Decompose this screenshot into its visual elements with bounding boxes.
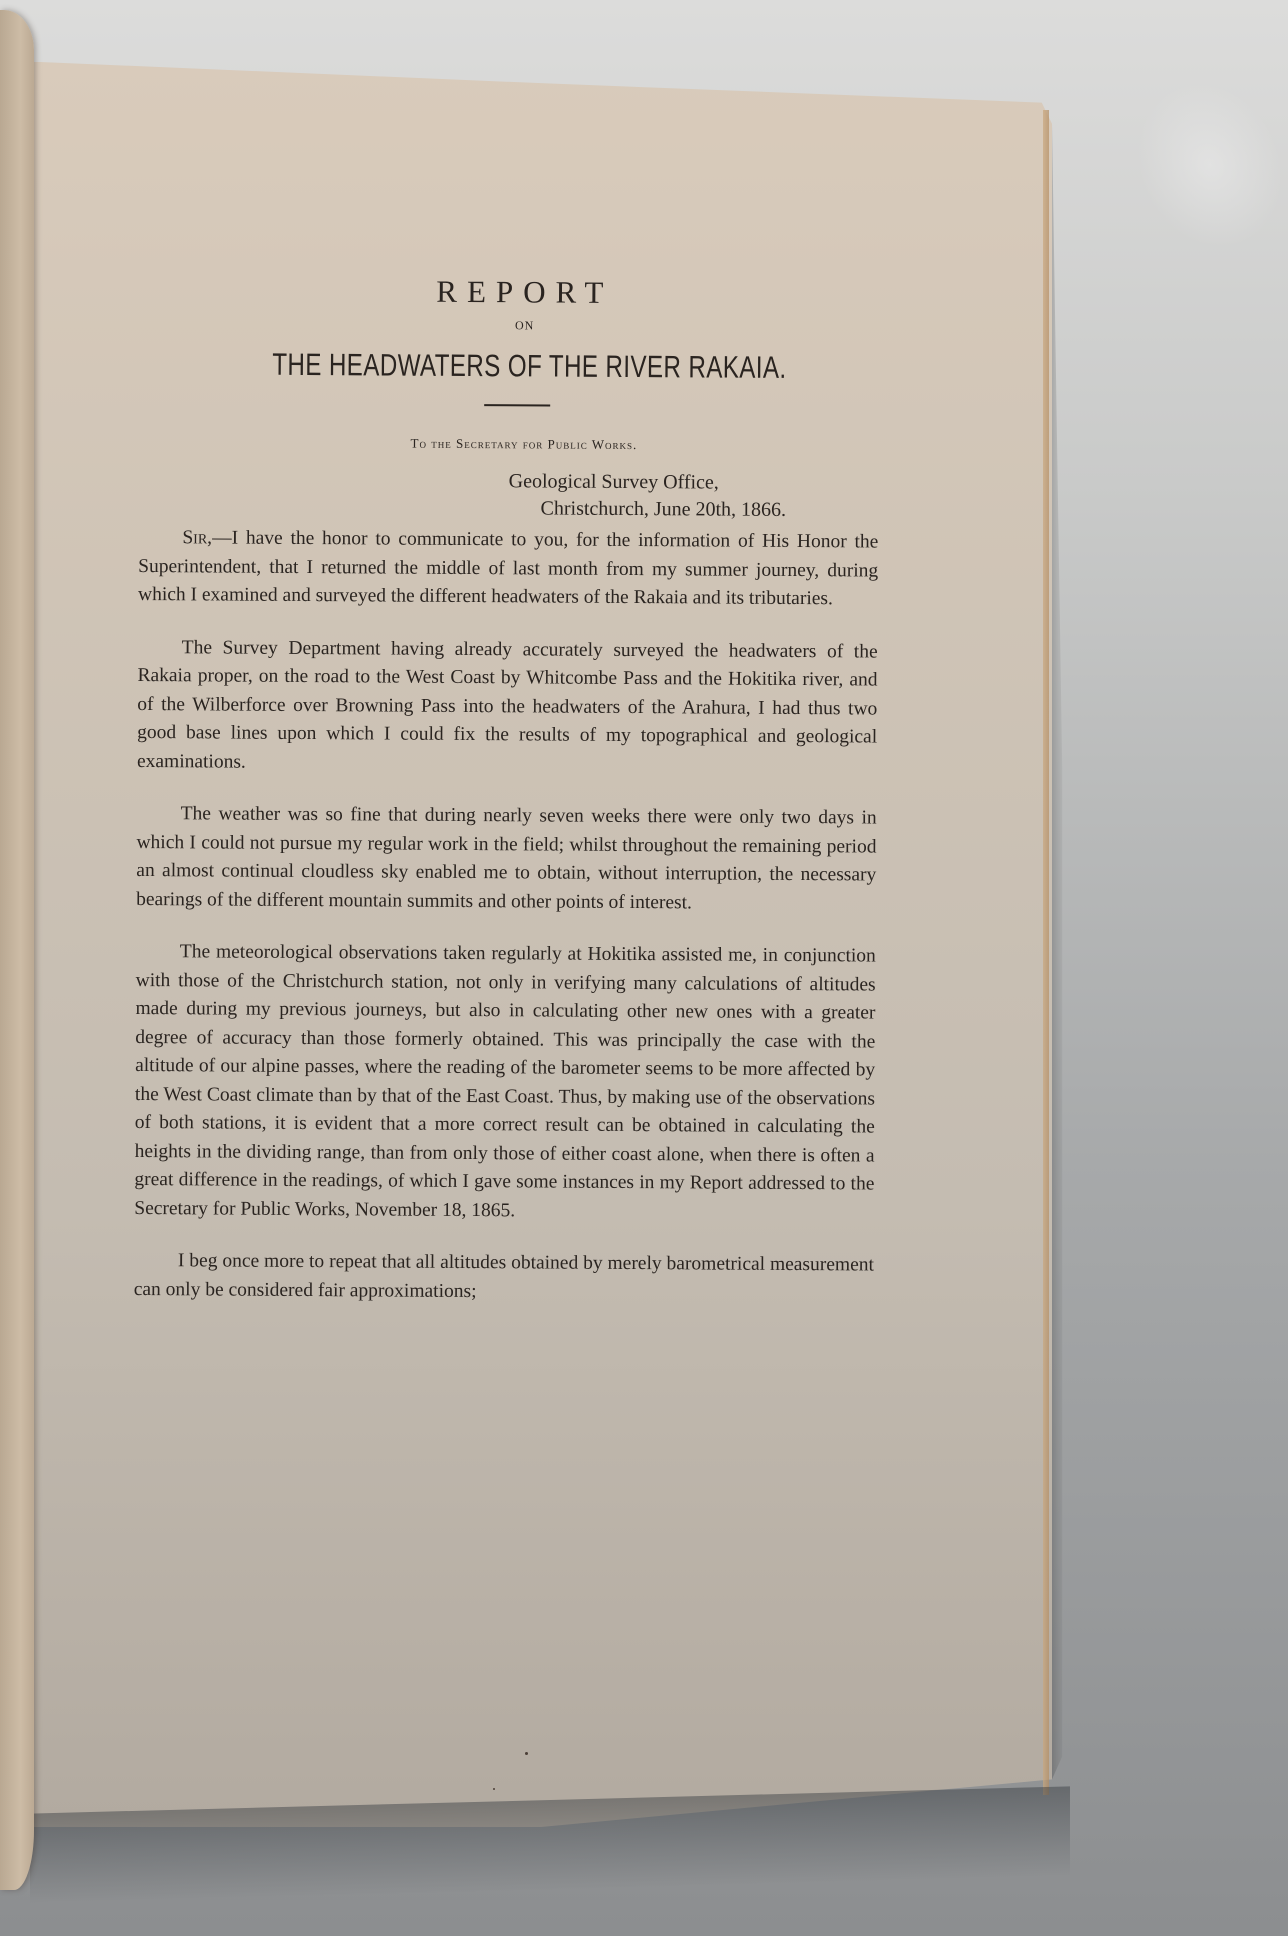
paper-speck	[525, 1752, 528, 1755]
paragraph-2: The Survey Department having already acc…	[137, 633, 878, 780]
report-connector: ON	[170, 310, 880, 340]
facing-page-edge	[0, 10, 34, 1890]
page-fore-edge	[1043, 110, 1049, 1795]
report-title: THE HEADWATERS OF THE RIVER RAKAIA.	[256, 345, 802, 388]
paragraph-5: I beg once more to repeat that all altit…	[134, 1247, 874, 1309]
dateline-place-date: Christchurch, June 20th, 1866.	[508, 495, 878, 524]
dateline-office: Geological Survey Office,	[509, 470, 719, 493]
salutation: Sir,	[182, 527, 212, 548]
dateline: Geological Survey Office, Christchurch, …	[508, 468, 878, 524]
title-divider-rule	[484, 404, 550, 406]
paragraph-1: Sir,—I have the honor to communicate to …	[138, 524, 879, 614]
document-body: REPORT ON THE HEADWATERS OF THE RIVER RA…	[134, 270, 880, 1309]
paragraph-1-text: —I have the honor to communicate to you,…	[138, 527, 878, 609]
paragraph-4: The meteorological observations taken re…	[134, 938, 876, 1228]
paragraph-3: The weather was so fine that during near…	[136, 800, 877, 919]
addressee-line: To the Secretary for Public Works.	[169, 434, 879, 454]
paper-speck	[493, 1788, 495, 1790]
report-kicker: REPORT	[170, 270, 880, 314]
background-surface-glare	[1111, 58, 1288, 271]
